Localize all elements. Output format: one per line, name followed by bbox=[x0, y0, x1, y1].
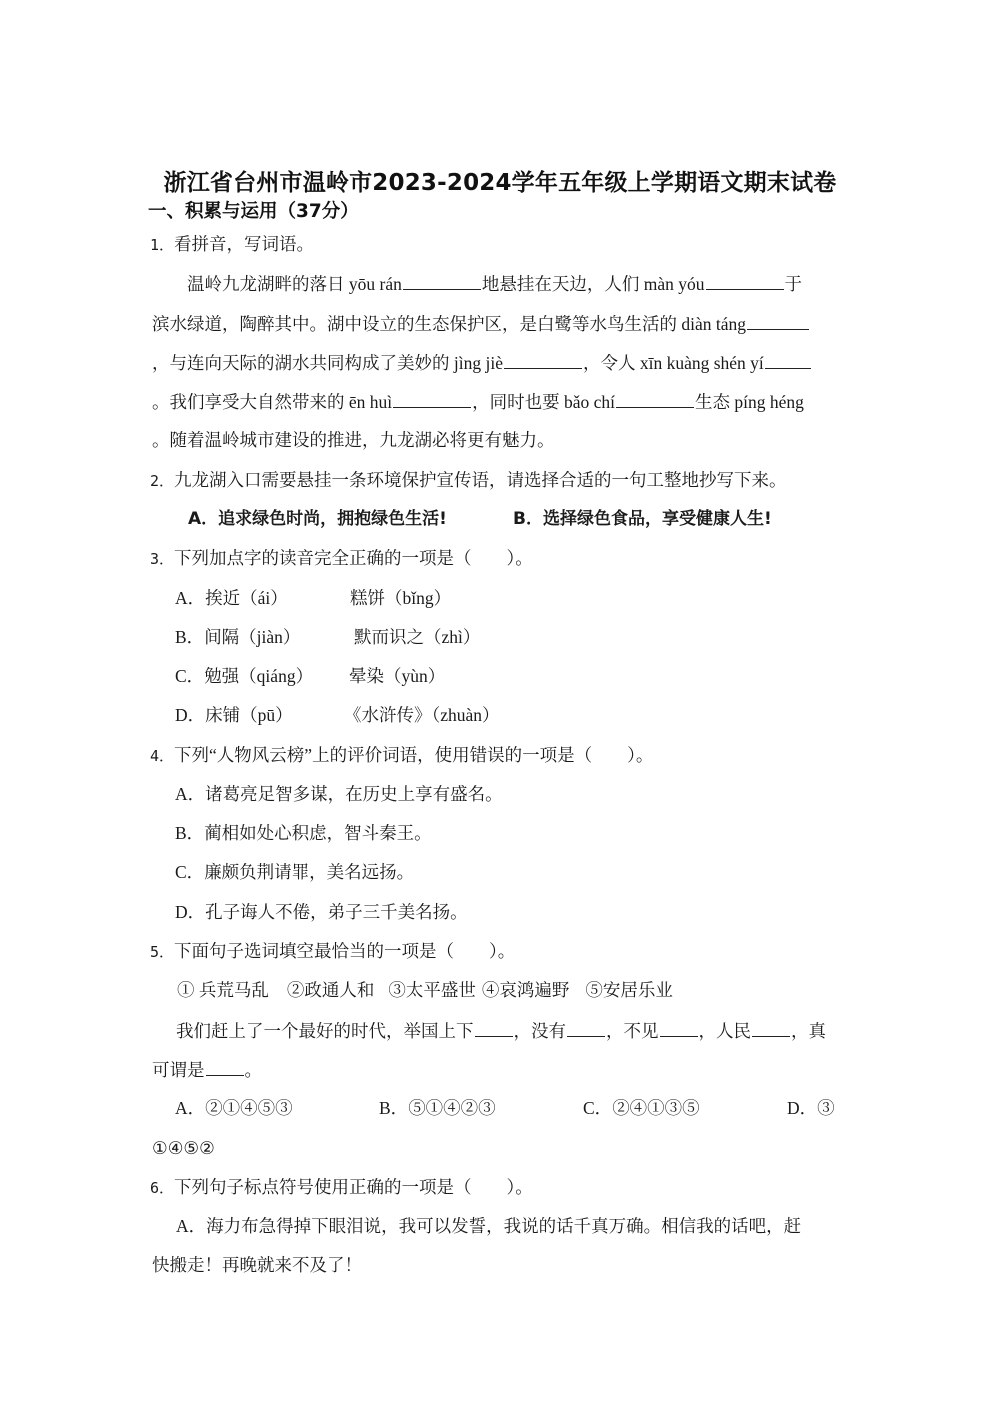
option-label: B． bbox=[513, 509, 543, 529]
q3-option-d[interactable]: D．床铺（pū） bbox=[175, 703, 293, 727]
option-text: 蔺相如处心积虑，智斗秦王。 bbox=[204, 823, 432, 843]
option-label: C． bbox=[175, 862, 204, 882]
sentence-text: 我们赶上了一个最好的时代，举国上下 bbox=[176, 1021, 474, 1041]
q4-option-a[interactable]: A．诸葛亮足智多谋，在历史上享有盛名。 bbox=[175, 782, 503, 806]
answer-blank[interactable] bbox=[616, 389, 694, 408]
q5-option-c[interactable]: C．②④①③⑤ bbox=[583, 1096, 700, 1120]
sentence-text: 。 bbox=[245, 1060, 263, 1080]
passage-line-4: 。我们享受大自然带来的 ēn huì，同时也要 bǎo chí生态 píng h… bbox=[152, 389, 804, 414]
passage-text: ，同时也要 bǎo chí bbox=[472, 392, 615, 412]
answer-blank[interactable] bbox=[765, 350, 811, 369]
question-prompt: 看拼音，写词语。 bbox=[174, 234, 314, 254]
q3-option-a-right: 糕饼（bǐng） bbox=[350, 586, 451, 610]
word-bank-item: ②政通人和 bbox=[287, 980, 375, 1000]
sentence-text: ，不见 bbox=[606, 1021, 659, 1041]
passage-text: 滨水绿道，陶醉其中。湖中设立的生态保护区，是白鹭等水鸟生活的 diàn táng bbox=[152, 314, 746, 334]
question-prompt: 下列“人物风云榜”上的评价词语，使用错误的一项是（ ）。 bbox=[174, 745, 653, 765]
option-text: 选择绿色食品，享受健康人生! bbox=[543, 509, 772, 529]
question-4: 4．下列“人物风云榜”上的评价词语，使用错误的一项是（ ）。 bbox=[150, 743, 653, 768]
passage-text: 。随着温岭城市建设的推进，九龙湖必将更有魅力。 bbox=[152, 430, 555, 450]
question-number: 1． bbox=[150, 236, 174, 254]
q3-option-d-right: 《水浒传》（zhuàn） bbox=[344, 703, 500, 727]
q5-option-d[interactable]: D．③ bbox=[787, 1096, 835, 1120]
question-5: 5．下面句子选词填空最恰当的一项是（ ）。 bbox=[150, 939, 515, 964]
passage-text: 于 bbox=[785, 274, 803, 294]
answer-blank[interactable] bbox=[206, 1057, 244, 1076]
option-label: C． bbox=[583, 1098, 612, 1118]
option-label: A． bbox=[175, 1098, 205, 1118]
question-2: 2．九龙湖入口需要悬挂一条环境保护宣传语，请选择合适的一句工整地抄写下来。 bbox=[150, 468, 787, 493]
answer-blank[interactable] bbox=[475, 1018, 513, 1037]
option-label: C． bbox=[175, 666, 204, 686]
passage-text: 生态 píng héng bbox=[695, 392, 804, 412]
q4-option-b[interactable]: B．蔺相如处心积虑，智斗秦王。 bbox=[175, 821, 432, 845]
q4-option-c[interactable]: C．廉颇负荆请罪，美名远扬。 bbox=[175, 860, 414, 884]
answer-blank[interactable] bbox=[504, 350, 582, 369]
q3-option-b-right: 默而识之（zhì） bbox=[354, 625, 480, 649]
option-text: 孔子诲人不倦，弟子三千美名扬。 bbox=[205, 902, 468, 922]
q5-option-b[interactable]: B．⑤①④②③ bbox=[379, 1096, 496, 1120]
option-label: A． bbox=[188, 509, 218, 529]
q5-word-bank: ① 兵荒马乱②政通人和③太平盛世④哀鸿遍野⑤安居乐业 bbox=[177, 978, 673, 1002]
sentence-text: ，人民 bbox=[699, 1021, 752, 1041]
option-text: 间隔（jiàn） bbox=[204, 627, 300, 647]
q2-option-b[interactable]: B．选择绿色食品，享受健康人生! bbox=[513, 507, 772, 531]
q4-option-d[interactable]: D．孔子诲人不倦，弟子三千美名扬。 bbox=[175, 900, 468, 924]
question-prompt: 下列加点字的读音完全正确的一项是（ ）。 bbox=[174, 548, 533, 568]
sentence-text: 可谓是 bbox=[152, 1060, 205, 1080]
option-text: ②④①③⑤ bbox=[612, 1098, 700, 1118]
passage-text: 地悬挂在天边，人们 màn yóu bbox=[482, 274, 705, 294]
passage-text: 温岭九龙湖畔的落日 yōu rán bbox=[187, 274, 402, 294]
answer-blank[interactable] bbox=[706, 271, 784, 290]
answer-blank[interactable] bbox=[747, 311, 809, 330]
question-number: 2． bbox=[150, 472, 174, 490]
q5-option-d-wrap: ①④⑤② bbox=[152, 1136, 215, 1160]
q3-option-c[interactable]: C．勉强（qiáng） bbox=[175, 664, 313, 688]
q3-option-b[interactable]: B．间隔（jiàn） bbox=[175, 625, 300, 649]
question-number: 3． bbox=[150, 550, 174, 568]
option-text: 床铺（pū） bbox=[205, 705, 293, 725]
section-heading: 一、积累与运用（37分） bbox=[148, 200, 359, 224]
sentence-text: ，真 bbox=[791, 1021, 826, 1041]
sentence-text: ，没有 bbox=[514, 1021, 567, 1041]
q5-sentence-line-2: 可谓是。 bbox=[152, 1057, 262, 1082]
option-text: 勉强（qiáng） bbox=[204, 666, 313, 686]
passage-line-1: 温岭九龙湖畔的落日 yōu rán地悬挂在天边，人们 màn yóu于 bbox=[187, 271, 802, 296]
option-label: A． bbox=[175, 588, 205, 608]
option-label: D． bbox=[175, 902, 205, 922]
option-text: 追求绿色时尚，拥抱绿色生活! bbox=[218, 509, 447, 529]
passage-text: 。我们享受大自然带来的 ēn huì bbox=[152, 392, 392, 412]
passage-line-2: 滨水绿道，陶醉其中。湖中设立的生态保护区，是白鹭等水鸟生活的 diàn táng bbox=[152, 311, 810, 336]
passage-text: ，令人 xīn kuàng shén yí bbox=[583, 353, 764, 373]
word-bank-item: ⑤安居乐业 bbox=[585, 980, 673, 1000]
exam-title: 浙江省台州市温岭市2023-2024学年五年级上学期语文期末试卷 bbox=[0, 168, 1000, 198]
q3-option-a[interactable]: A．挨近（ái） bbox=[175, 586, 288, 610]
option-text: 挨近（ái） bbox=[205, 588, 288, 608]
q5-sentence-line-1: 我们赶上了一个最好的时代，举国上下，没有，不见，人民，真 bbox=[176, 1018, 826, 1043]
exam-page: 浙江省台州市温岭市2023-2024学年五年级上学期语文期末试卷 一、积累与运用… bbox=[0, 0, 1000, 1414]
answer-blank[interactable] bbox=[567, 1018, 605, 1037]
q6-option-a-wrap: 快搬走！再晚就来不及了！ bbox=[152, 1253, 362, 1277]
question-number: 5． bbox=[150, 943, 174, 961]
answer-blank[interactable] bbox=[752, 1018, 790, 1037]
question-prompt: 下面句子选词填空最恰当的一项是（ ）。 bbox=[174, 941, 515, 961]
question-number: 4． bbox=[150, 747, 174, 765]
option-label: A． bbox=[176, 1216, 206, 1236]
option-text: 廉颇负荆请罪，美名远扬。 bbox=[204, 862, 414, 882]
question-prompt: 九龙湖入口需要悬挂一条环境保护宣传语，请选择合适的一句工整地抄写下来。 bbox=[174, 470, 787, 490]
question-3: 3．下列加点字的读音完全正确的一项是（ ）。 bbox=[150, 546, 533, 571]
passage-text: ，与连向天际的湖水共同构成了美妙的 jìng jiè bbox=[152, 353, 503, 373]
question-1: 1．看拼音，写词语。 bbox=[150, 232, 314, 257]
option-text: ③ bbox=[817, 1098, 835, 1118]
option-text: 海力布急得掉下眼泪说，我可以发誓，我说的话千真万确。相信我的话吧，赶 bbox=[206, 1216, 801, 1236]
word-bank-item: ③太平盛世 bbox=[388, 980, 476, 1000]
passage-line-5: 。随着温岭城市建设的推进，九龙湖必将更有魅力。 bbox=[152, 428, 555, 452]
option-text: ②①④⑤③ bbox=[205, 1098, 293, 1118]
option-label: D． bbox=[787, 1098, 817, 1118]
q5-option-a[interactable]: A．②①④⑤③ bbox=[175, 1096, 293, 1120]
q3-option-c-right: 晕染（yùn） bbox=[349, 664, 445, 688]
option-text: ⑤①④②③ bbox=[408, 1098, 496, 1118]
question-6: 6．下列句子标点符号使用正确的一项是（ ）。 bbox=[150, 1175, 533, 1200]
q2-option-a[interactable]: A．追求绿色时尚，拥抱绿色生活! bbox=[188, 507, 447, 531]
answer-blank[interactable] bbox=[660, 1018, 698, 1037]
option-label: B． bbox=[379, 1098, 408, 1118]
option-label: D． bbox=[175, 705, 205, 725]
answer-blank[interactable] bbox=[403, 271, 481, 290]
question-prompt: 下列句子标点符号使用正确的一项是（ ）。 bbox=[174, 1177, 533, 1197]
answer-blank[interactable] bbox=[393, 389, 471, 408]
question-number: 6． bbox=[150, 1179, 174, 1197]
option-label: B． bbox=[175, 823, 204, 843]
option-text: 诸葛亮足智多谋，在历史上享有盛名。 bbox=[205, 784, 503, 804]
passage-line-3: ，与连向天际的湖水共同构成了美妙的 jìng jiè，令人 xīn kuàng … bbox=[152, 350, 812, 375]
word-bank-item: ④哀鸿遍野 bbox=[482, 980, 570, 1000]
option-label: A． bbox=[175, 784, 205, 804]
option-label: B． bbox=[175, 627, 204, 647]
q6-option-a[interactable]: A．海力布急得掉下眼泪说，我可以发誓，我说的话千真万确。相信我的话吧，赶 bbox=[176, 1214, 801, 1238]
word-bank-item: ① 兵荒马乱 bbox=[177, 980, 269, 1000]
